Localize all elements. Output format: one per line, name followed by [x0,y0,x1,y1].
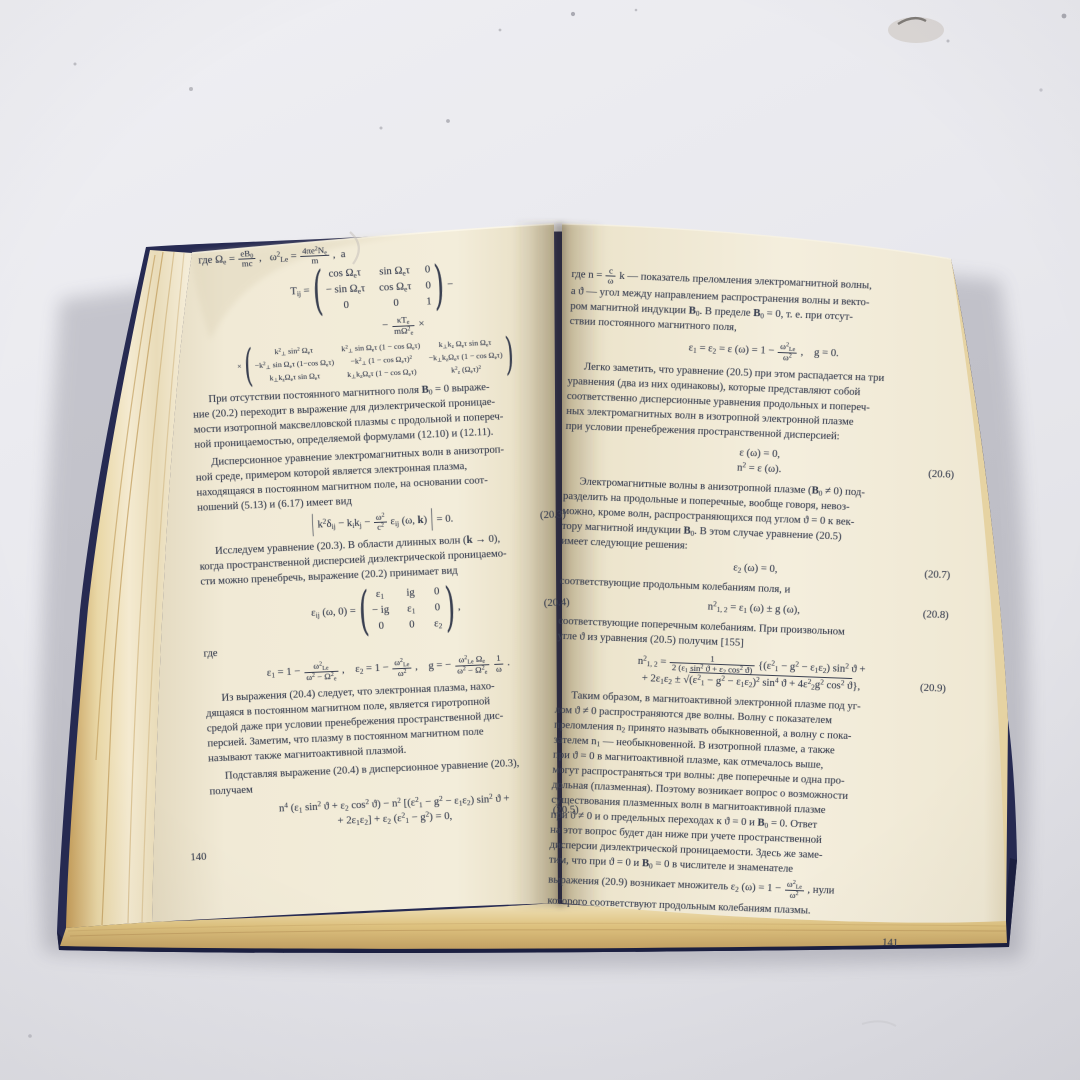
t-cell: 0 [425,263,431,278]
paren-close: ) [444,585,456,630]
eps-matrix-tail: , [458,600,461,615]
eps-cell: − ig [372,603,390,619]
k-matrix: k2⊥ sin2 Ωeτ k2⊥ sin Ωeτ (1 − cos Ωeτ) k… [254,336,503,385]
right-page-text: где n = cω k — показатель преломления эл… [546,262,962,952]
equation-20-9-line2: + 2ε1ε2 ± √(ε21 − g2 − ε1ε2)2 sin4 ϑ + 4… [642,672,861,692]
eps-matrix: ε1 ig 0 − ig ε1 0 0 0 ε2 [371,585,442,635]
k-cell: k⊥kzΩeτ (1 − cos Ωeτ) [342,366,421,381]
equation-20-8-formula: n21, 2 = ε1 (ω) ± g (ω), [707,599,800,618]
equation-20-5-line2: + 2ε1ε2] + ε2 (ε21 − g2) = 0, [337,810,452,827]
k-matrix-lead: × [237,361,242,373]
photo-scene: где Ωe = eB0mc , ω2Le = 4πe2Nem , а Tij … [0,0,1080,1080]
t-cell: 0 [326,298,366,315]
right-paragraph-gde-n: где n = cω k — показатель преломления эл… [569,265,961,344]
t-cell: cos Ωeτ [325,266,365,283]
equation-20-6-line2: n2 = ε (ω). [737,461,782,475]
right-paragraph-legko: Легко заметить, что уравнение (20.5) при… [565,359,958,449]
t-cell: 0 [425,279,431,294]
equation-20-6-line1: ε (ω) = 0, [739,446,780,460]
t-cell: cos Ωeτ [379,280,412,296]
left-paragraph-dispersion: Дисперсионное уравнение электромагнитных… [195,440,565,516]
paren-open: ( [243,347,253,385]
eps-cell: 0 [433,601,442,616]
k-cell: k⊥kzΩeτ sin Ωeτ [255,370,335,385]
equation-20-9-label: (20.9) [920,681,946,697]
eps-cell: ε1 [407,602,416,617]
paren-open: ( [358,589,370,634]
t-cell: − sin Ωeτ [326,282,366,299]
paren-close: ) [504,336,514,374]
equation-20-6-label: (20.6) [928,467,954,483]
t-cell: sin Ωeτ [378,264,411,280]
left-page-text: где Ωe = eB0mc , ω2Le = 4πe2Nem , а Tij … [186,236,579,839]
t-matrix-lhs: Tij = [290,284,310,300]
eps-cell: 0 [432,585,441,600]
eps-matrix-lhs: εij (ω, 0) = [311,604,356,621]
equation-20-8-label: (20.8) [923,608,949,624]
right-paragraph-takim: Таким образом, в магнитоактивной электро… [549,688,946,883]
t-matrix: cos Ωeτ sin Ωeτ 0 − sin Ωeτ cos Ωeτ 0 0 … [325,263,432,315]
equation-20-3-formula: | k2δij − kikj − ω2c2 εij (ω, k) | = 0. [310,509,453,535]
equation-20-7-formula: ε2 (ω) = 0, [733,560,778,577]
t-cell: 1 [426,295,432,310]
right-paragraph-anizotrop: Электромагнитные волны в анизотропной пл… [561,474,954,564]
left-page-number: 140 [190,849,207,865]
t-matrix-tail: − [447,278,454,293]
equation-20-5-line1: n4 (ε1 sin2 ϑ + ε2 cos2 ϑ) − n2 [(ε21 − … [279,792,510,814]
left-paragraph-iz: Из выражения (20.4) следует, что электро… [205,675,576,766]
eps-cell: 0 [407,618,416,633]
equation-20-7-label: (20.7) [924,568,950,584]
t-cell: 0 [380,296,413,312]
paren-close: ) [433,264,445,309]
k-cell: k2z (Ωeτ)2 [429,362,503,377]
eps-cell: ig [406,586,415,601]
paren-open: ( [312,269,324,314]
eps-cell: ε1 [371,587,389,603]
eps-cell: ε2 [434,616,443,631]
eps-cell: 0 [373,619,391,635]
